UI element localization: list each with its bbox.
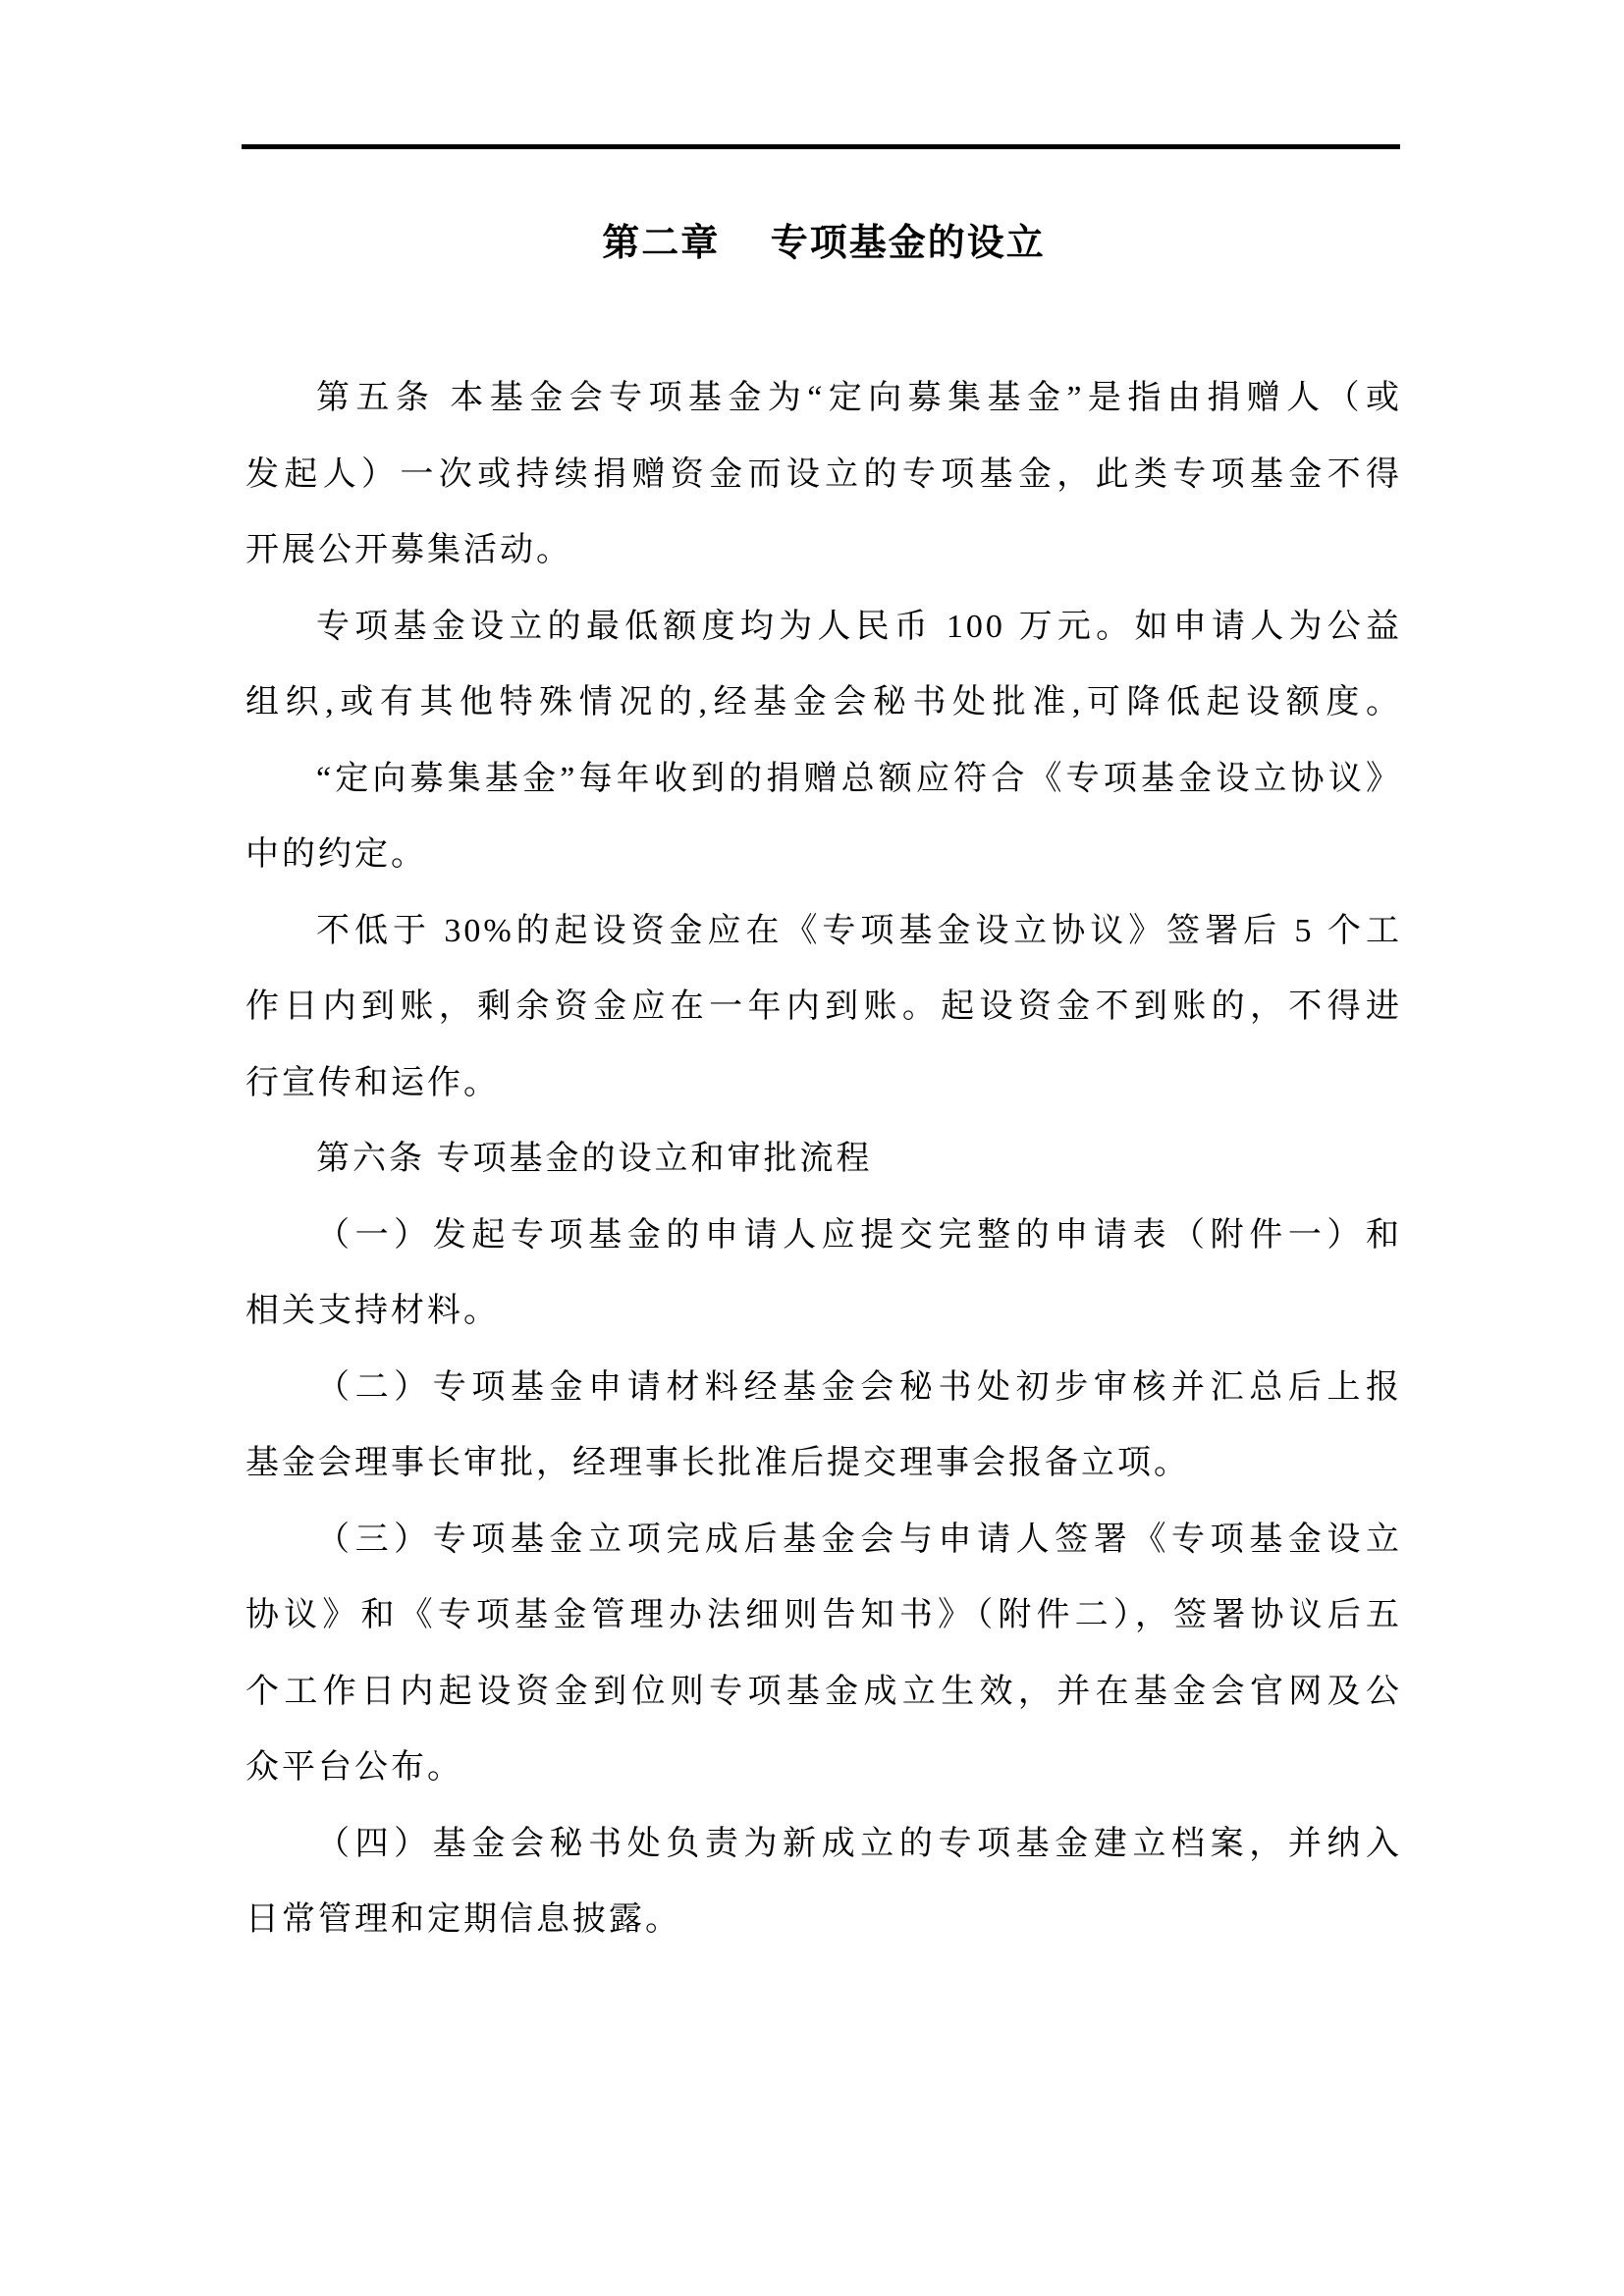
paragraph: （四）基金会秘书处负责为新成立的专项基金建立档案，并纳入日常管理和定期信息披露。 [245,1806,1402,1958]
paragraph-line: 专项基金设立的最低额度均为人民币 100 万元。如申请人为公益 [245,589,1402,666]
paragraph: （二）专项基金申请材料经基金会秘书处初步审核并汇总后上报基金会理事长审批，经理事… [245,1350,1402,1502]
paragraph-line: 作日内到账，剩余资金应在一年内到账。起设资金不到账的，不得进 [245,969,1402,1045]
paragraph-line: 日常管理和定期信息披露。 [245,1882,1402,1958]
document-page: 第二章 专项基金的设立 第五条 本基金会专项基金为“定向募集基金”是指由捐赠人（… [0,0,1624,2296]
paragraph-line: 个工作日内起设资金到位则专项基金成立生效，并在基金会官网及公 [245,1654,1402,1731]
paragraph-line: 中的约定。 [245,817,1402,893]
paragraph-line: 协议》和《专项基金管理办法细则告知书》（附件二），签署协议后五 [245,1577,1402,1654]
paragraph-line: （一）发起专项基金的申请人应提交完整的申请表（附件一）和 [245,1198,1402,1274]
paragraph: 专项基金设立的最低额度均为人民币 100 万元。如申请人为公益组织,或有其他特殊… [245,589,1402,741]
paragraph-line: 相关支持材料。 [245,1273,1402,1350]
paragraph-line: 基金会理事长审批，经理事长批准后提交理事会报备立项。 [245,1425,1402,1502]
paragraph: （一）发起专项基金的申请人应提交完整的申请表（附件一）和相关支持材料。 [245,1198,1402,1350]
paragraph-line: （二）专项基金申请材料经基金会秘书处初步审核并汇总后上报 [245,1350,1402,1426]
paragraph-line: （三）专项基金立项完成后基金会与申请人签署《专项基金设立 [245,1502,1402,1578]
paragraph: 第六条 专项基金的设立和审批流程 [245,1121,1402,1198]
paragraph: （三）专项基金立项完成后基金会与申请人签署《专项基金设立协议》和《专项基金管理办… [245,1502,1402,1806]
paragraph-line: 行宣传和运作。 [245,1045,1402,1122]
chapter-title: 第二章 专项基金的设立 [245,218,1402,269]
paragraph-line: （四）基金会秘书处负责为新成立的专项基金建立档案，并纳入 [245,1806,1402,1883]
paragraph-line: 不低于 30%的起设资金应在《专项基金设立协议》签署后 5 个工 [245,893,1402,970]
document-body: 第五条 本基金会专项基金为“定向募集基金”是指由捐赠人（或发起人）一次或持续捐赠… [245,360,1402,1958]
paragraph: 不低于 30%的起设资金应在《专项基金设立协议》签署后 5 个工作日内到账，剩余… [245,893,1402,1122]
paragraph-line: 第六条 专项基金的设立和审批流程 [245,1121,1402,1198]
paragraph-line: 发起人）一次或持续捐赠资金而设立的专项基金，此类专项基金不得 [245,437,1402,513]
paragraph-line: 众平台公布。 [245,1730,1402,1806]
paragraph-line: 第五条 本基金会专项基金为“定向募集基金”是指由捐赠人（或 [245,360,1402,437]
paragraph: “定向募集基金”每年收到的捐赠总额应符合《专项基金设立协议》中的约定。 [245,741,1402,893]
paragraph-line: 开展公开募集活动。 [245,512,1402,589]
header-rule [242,144,1400,149]
paragraph-line: “定向募集基金”每年收到的捐赠总额应符合《专项基金设立协议》 [245,741,1402,818]
paragraph-line: 组织,或有其他特殊情况的,经基金会秘书处批准,可降低起设额度。 [245,665,1402,741]
paragraph: 第五条 本基金会专项基金为“定向募集基金”是指由捐赠人（或发起人）一次或持续捐赠… [245,360,1402,589]
